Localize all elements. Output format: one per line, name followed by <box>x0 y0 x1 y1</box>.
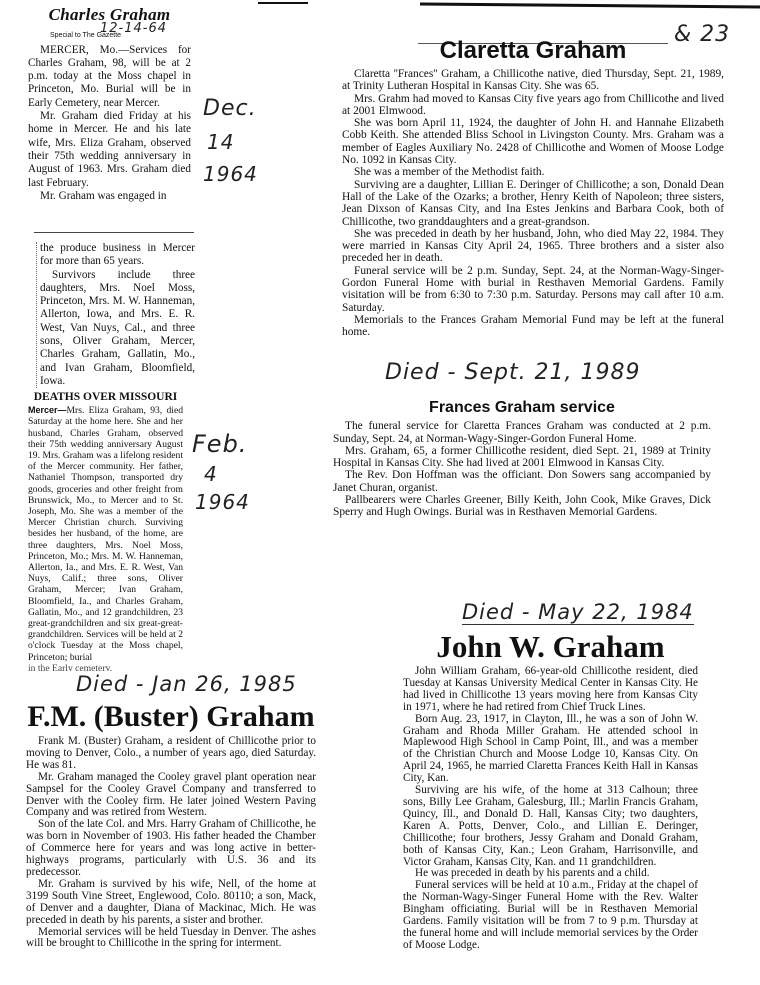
paragraph: Son of the late Col. and Mrs. Harry Grah… <box>26 819 316 879</box>
paragraph: the produce business in Mercer for more … <box>40 242 195 269</box>
handwritten-margin-date-day: 4 <box>204 462 218 486</box>
clipping-deaths-over-missouri: DEATHS OVER MISSOURI Mercer—Mrs. Eliza G… <box>28 392 183 671</box>
paragraph: Survivors include three daughters, Mrs. … <box>40 269 195 389</box>
handwritten-margin-date-year: 1964 <box>195 490 250 514</box>
dateline: Mercer— <box>28 405 67 415</box>
clipping-charles-graham-continued: the produce business in Mercer for more … <box>36 242 195 388</box>
paragraph: Mr. Graham was engaged in <box>28 190 191 203</box>
paragraph: Surviving are his wife, of the home at 3… <box>403 785 698 868</box>
clipping-title: Frances Graham service <box>333 402 711 414</box>
top-left-rule <box>258 2 308 4</box>
paragraph: John William Graham, 66-year-old Chillic… <box>403 666 698 714</box>
clipping-fm-buster-graham: F.M. (Buster) Graham Frank M. (Buster) G… <box>26 700 316 950</box>
handwritten-date: 12-14-64 <box>100 22 167 35</box>
paragraph: Funeral service will be 2 p.m. Sunday, S… <box>342 265 724 314</box>
clipping-frances-graham-service: Frances Graham service The funeral servi… <box>333 402 711 519</box>
clipping-title: DEATHS OVER MISSOURI <box>28 392 183 403</box>
paragraph: Pallbearers were Charles Greener, Billy … <box>333 494 711 519</box>
handwritten-margin-date-month: Dec. <box>203 96 257 121</box>
top-border-rule <box>420 3 760 9</box>
handwritten-date: Died - May 22, 1984 <box>462 600 694 625</box>
paragraph: Frank M. (Buster) Graham, a resident of … <box>26 736 316 772</box>
paragraph: Born Aug. 23, 1917, in Clayton, Ill., he… <box>403 714 698 785</box>
body-text: Mrs. Eliza Graham, 93, died Saturday at … <box>28 405 183 662</box>
clipping-title: John W. Graham <box>403 630 698 664</box>
paragraph: She was born April 11, 1924, the daughte… <box>342 117 724 166</box>
handwritten-margin-date-day: 14 <box>207 130 234 154</box>
clipping-title: Charles Graham <box>28 8 191 21</box>
charles-cut-rule <box>34 232 194 233</box>
cut-off-line: in the Early cemetery. <box>28 663 183 671</box>
paragraph: Surviving are a daughter, Lillian E. Der… <box>342 179 724 228</box>
paragraph: Mr. Graham managed the Cooley gravel pla… <box>26 772 316 820</box>
paragraph: Memorials to the Frances Graham Memorial… <box>342 314 724 339</box>
paragraph: She was preceded in death by her husband… <box>342 228 724 265</box>
handwritten-margin-date-year: 1964 <box>203 162 258 186</box>
handwritten-margin-date-month: Feb. <box>192 430 247 458</box>
paragraph: Memorial services will be held Tuesday i… <box>26 927 316 951</box>
clipping-john-w-graham: John W. Graham John William Graham, 66-y… <box>403 630 698 952</box>
paragraph: The Rev. Don Hoffman was the officiant. … <box>333 469 711 494</box>
handwritten-date: Died - Jan 26, 1985 <box>76 672 297 696</box>
paragraph: She was a member of the Methodist faith. <box>342 166 724 178</box>
paragraph: Mrs. Grahm had moved to Kansas City five… <box>342 93 724 118</box>
paragraph: Funeral services will be held at 10 a.m.… <box>403 880 698 951</box>
clipping-title: F.M. (Buster) Graham <box>26 700 316 734</box>
paragraph: MERCER, Mo.—Services for Charles Graham,… <box>28 44 191 110</box>
paragraph: Mr. Graham is survived by his wife, Nell… <box>26 879 316 927</box>
clipping-charles-graham: Charles Graham 12-14-64 Special to The G… <box>28 8 191 203</box>
paragraph: The funeral service for Claretta Frances… <box>333 420 711 445</box>
paragraph: Mr. Graham died Friday at his home in Me… <box>28 110 191 190</box>
paragraph: Mrs. Graham, 65, a former Chillicothe re… <box>333 445 711 470</box>
clipping-claretta-graham: Claretta Graham Claretta ''Frances'' Gra… <box>342 38 724 339</box>
paragraph: Mercer—Mrs. Eliza Graham, 93, died Satur… <box>28 405 183 663</box>
handwritten-date: Died - Sept. 21, 1989 <box>385 360 641 385</box>
paragraph: Claretta ''Frances'' Graham, a Chillicot… <box>342 68 724 93</box>
clipping-title: Claretta Graham <box>342 38 724 64</box>
